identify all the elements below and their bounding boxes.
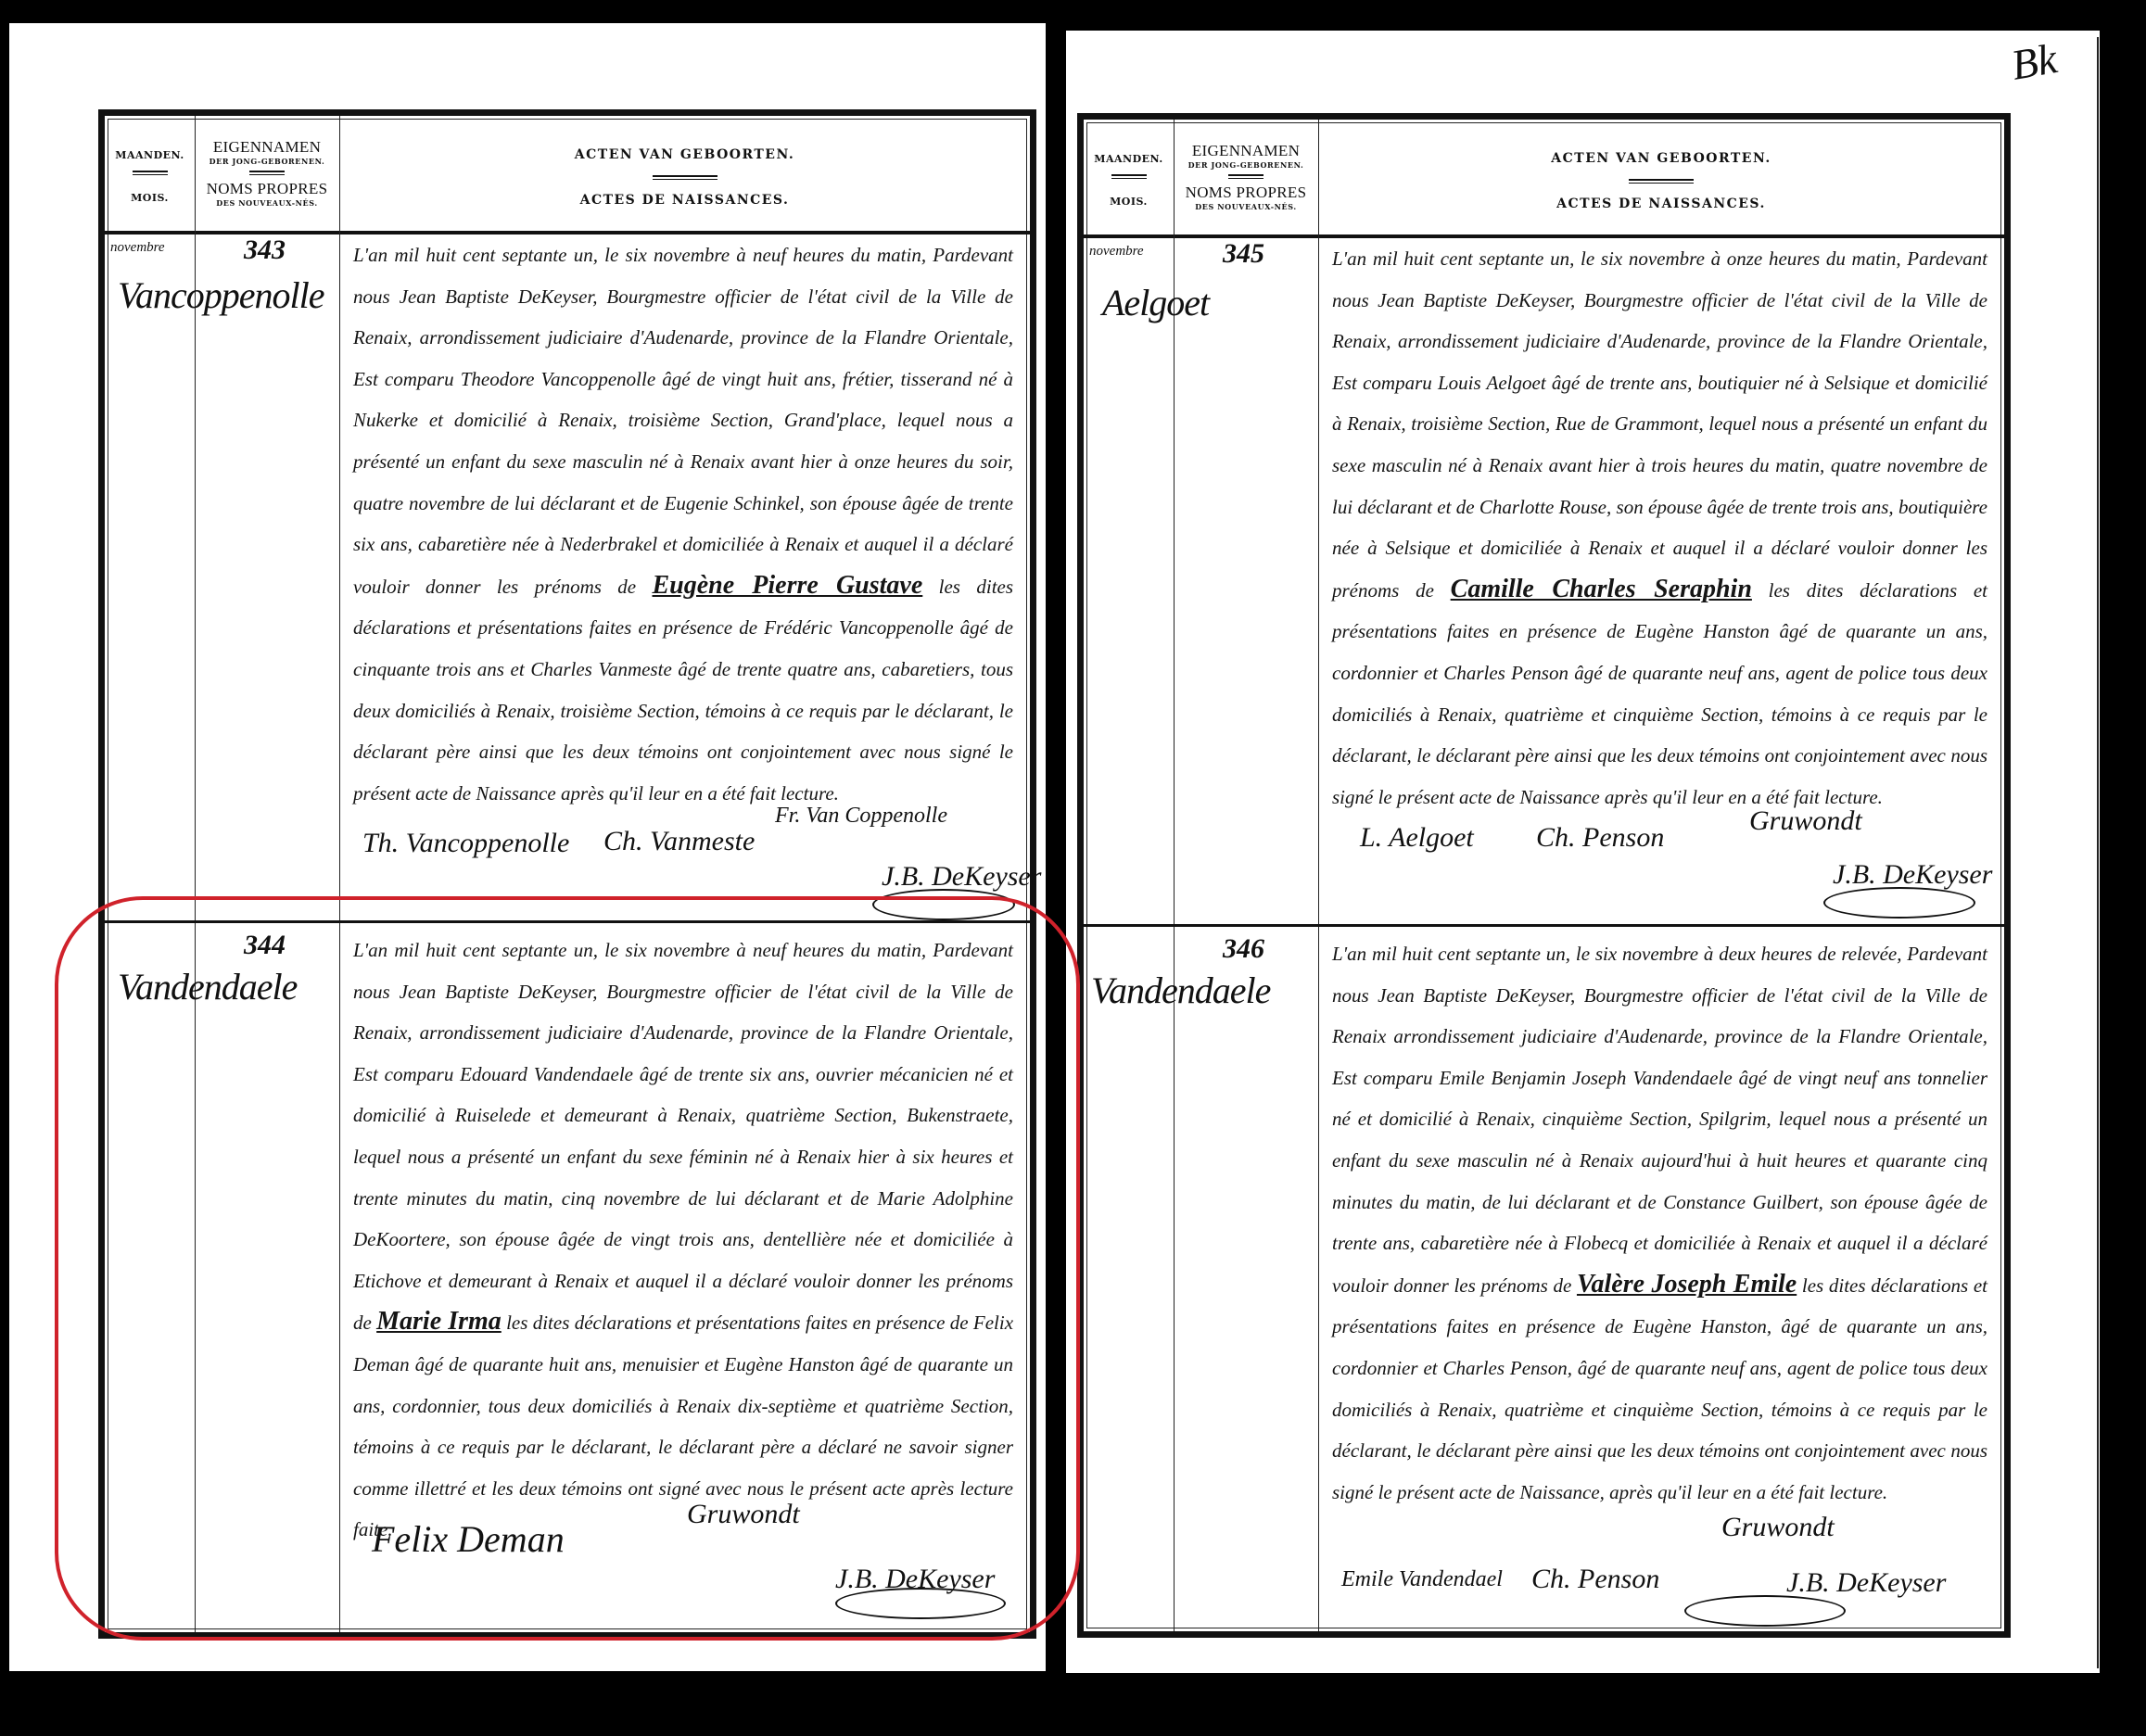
double-rule	[249, 171, 285, 175]
header-names-nl-sub: DER JONG-GEBORENEN.	[1174, 160, 1318, 170]
entry-number: 344	[244, 930, 286, 961]
double-rule	[653, 175, 717, 180]
entry-body: L'an mil huit cent septante un, le six n…	[1332, 238, 1987, 817]
entry-surname: Vandendaele	[118, 965, 297, 1008]
table-header: MAANDEN. MOIS. EIGENNAMEN DER JONG-GEBOR…	[105, 116, 1030, 234]
header-names-nl: EIGENNAMEN	[1174, 142, 1318, 160]
entry-surname: Aelgoet	[1102, 281, 1209, 324]
header-names-fr-sub: DES NOUVEAUX-NÉS.	[1174, 202, 1318, 211]
signature-flourish	[1684, 1595, 1846, 1627]
signature: L. Aelgoet	[1360, 822, 1474, 854]
header-months: MAANDEN. MOIS.	[1084, 120, 1175, 234]
entry-surname: Vandendaele	[1091, 969, 1270, 1012]
table-header: MAANDEN. MOIS. EIGENNAMEN DER JONG-GEBOR…	[1084, 120, 2004, 238]
signature-flourish	[835, 1588, 1006, 1619]
header-names: EIGENNAMEN DER JONG-GEBORENEN. NOMS PROP…	[195, 116, 340, 231]
signature: J.B. DeKeyser	[1786, 1567, 1946, 1599]
header-title-fr: ACTES DE NAISSANCES.	[339, 193, 1030, 208]
left-register-page: MAANDEN. MOIS. EIGENNAMEN DER JONG-GEBOR…	[9, 23, 1046, 1671]
header-month-fr: MOIS.	[1084, 196, 1174, 208]
book-gutter	[1053, 17, 1061, 1676]
header-months: MAANDEN. MOIS.	[105, 116, 196, 231]
header-title-fr: ACTES DE NAISSANCES.	[1318, 196, 2004, 211]
signature: Emile Vandendael	[1341, 1567, 1503, 1592]
right-register-page: MAANDEN. MOIS. EIGENNAMEN DER JONG-GEBOR…	[1066, 31, 2100, 1673]
entry-body: L'an mil huit cent septante un, le six n…	[1332, 933, 1987, 1513]
header-names-nl: EIGENNAMEN	[195, 138, 339, 157]
header-names: EIGENNAMEN DER JONG-GEBORENEN. NOMS PROP…	[1174, 120, 1319, 234]
header-month-nl: MAANDEN.	[105, 149, 195, 161]
signature: J.B. DeKeyser	[1833, 859, 1992, 891]
signature: Gruwondt	[1749, 805, 1862, 837]
given-names: Valère Joseph Emile	[1577, 1270, 1797, 1299]
signature: Ch. Vanmeste	[603, 826, 755, 857]
signature: Gruwondt	[687, 1499, 800, 1530]
register-table-left: MAANDEN. MOIS. EIGENNAMEN DER JONG-GEBOR…	[98, 109, 1036, 1639]
signatures: Felix Deman Gruwondt J.B. DeKeyser	[353, 1499, 1013, 1628]
double-rule	[1228, 174, 1263, 179]
signature: Ch. Penson	[1536, 822, 1664, 854]
signature: Ch. Penson	[1531, 1564, 1659, 1595]
signatures: L. Aelgoet Ch. Penson Gruwondt J.B. DeKe…	[1332, 813, 1987, 915]
entry-body: L'an mil huit cent septante un, le six n…	[353, 234, 1013, 814]
header-acts: ACTEN VAN GEBOORTEN. ACTES DE NAISSANCES…	[1318, 120, 2004, 234]
header-names-fr: NOMS PROPRES	[195, 180, 339, 198]
given-names: Marie Irma	[376, 1307, 502, 1336]
signature-flourish	[1823, 887, 1975, 919]
header-title-nl: ACTEN VAN GEBOORTEN.	[1318, 151, 2004, 166]
signature: Felix Deman	[372, 1517, 565, 1561]
entry-divider	[1084, 924, 2004, 927]
signatures: Emile Vandendael Ch. Penson Gruwondt J.B…	[1332, 1502, 1987, 1632]
signature: Fr. Van Coppenolle	[775, 804, 947, 829]
entry-surname: Vancoppenolle	[118, 273, 324, 317]
signature-flourish	[872, 889, 1015, 920]
header-acts: ACTEN VAN GEBOORTEN. ACTES DE NAISSANCES…	[339, 116, 1030, 231]
header-month-fr: MOIS.	[105, 192, 195, 204]
signature: J.B. DeKeyser	[882, 861, 1041, 893]
given-names: Eugène Pierre Gustave	[653, 571, 923, 600]
double-rule	[133, 171, 168, 175]
header-names-nl-sub: DER JONG-GEBORENEN.	[195, 157, 339, 166]
register-entry: novembre 345 Aelgoet L'an mil huit cent …	[1084, 238, 2004, 924]
entry-month: novembre	[1089, 244, 1144, 260]
header-title-nl: ACTEN VAN GEBOORTEN.	[339, 147, 1030, 162]
register-entry: 346 Vandendaele L'an mil huit cent septa…	[1084, 928, 2004, 1637]
given-names: Camille Charles Seraphin	[1451, 575, 1752, 603]
entry-number: 343	[244, 234, 286, 266]
double-rule	[1629, 179, 1694, 184]
register-entry: novembre 343 Vancoppenolle L'an mil huit…	[105, 234, 1030, 920]
entry-body: L'an mil huit cent septante un, le six n…	[353, 930, 1013, 1551]
entry-month: novembre	[110, 240, 165, 256]
register-entry: 344 Vandendaele L'an mil huit cent septa…	[105, 924, 1030, 1633]
register-table-right: MAANDEN. MOIS. EIGENNAMEN DER JONG-GEBOR…	[1077, 113, 2011, 1638]
header-names-fr: NOMS PROPRES	[1174, 184, 1318, 202]
signature: Gruwondt	[1721, 1512, 1835, 1543]
page-edge-line	[2097, 37, 2099, 1668]
signature: Th. Vancoppenolle	[362, 828, 569, 859]
signatures: Th. Vancoppenolle Ch. Vanmeste Fr. Van C…	[353, 809, 1013, 911]
corner-annotation: Bk	[2008, 33, 2061, 90]
entry-number: 345	[1223, 238, 1264, 270]
double-rule	[1111, 174, 1147, 179]
entry-divider	[105, 920, 1030, 923]
header-month-nl: MAANDEN.	[1084, 153, 1174, 165]
header-names-fr-sub: DES NOUVEAUX-NÉS.	[195, 198, 339, 208]
entry-number: 346	[1223, 933, 1264, 965]
